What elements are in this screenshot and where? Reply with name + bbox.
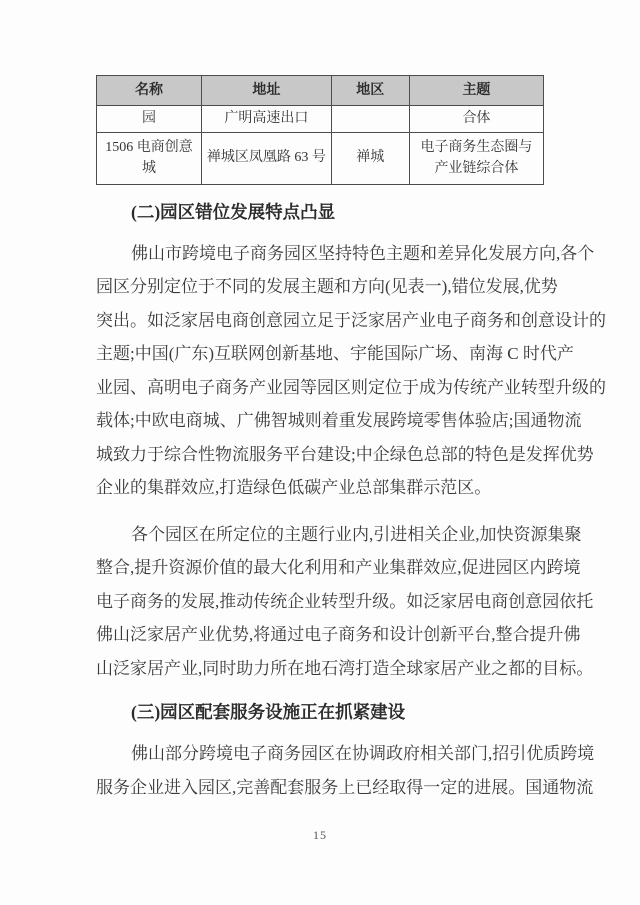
table-header-cell-name: 名称 xyxy=(97,76,202,106)
text-line: 载体;中欧电商城、广佛智城则着重发展跨境零售体验店;国通物流 xyxy=(96,404,544,438)
text-line: 企业的集群效应,打造绿色低碳产业总部集群示范区。 xyxy=(96,471,544,505)
table-cell: 电子商务生态圈与产业链综合体 xyxy=(409,132,543,184)
content-area: 名称 地址 地区 主题 园 广明高速出口 合体 1506 电商创意城 禅城区凤凰… xyxy=(96,0,544,843)
table-cell: 合体 xyxy=(409,106,543,133)
document-page: 名称 地址 地区 主题 园 广明高速出口 合体 1506 电商创意城 禅城区凤凰… xyxy=(0,0,640,905)
table-cell: 1506 电商创意城 xyxy=(97,132,202,184)
table-cell: 禅城 xyxy=(331,132,409,184)
text-line: 山泛家居产业,同时助力所在地石湾打造全球家居产业之都的目标。 xyxy=(96,652,544,686)
paragraph: 佛山部分跨境电子商务园区在协调政府相关部门,招引优质跨境 服务企业进入园区,完善… xyxy=(96,737,544,804)
table-header-cell-address: 地址 xyxy=(202,76,332,106)
text-line: 整合,提升资源价值的最大化利用和产业集群效应,促进园区内跨境 xyxy=(96,551,544,585)
table-header-cell-district: 地区 xyxy=(331,76,409,106)
paragraph: 佛山市跨境电子商务园区坚持特色主题和差异化发展方向,各个 园区分别定位于不同的发… xyxy=(96,237,544,505)
text-line: 各个园区在所定位的主题行业内,引进相关企业,加快资源集聚 xyxy=(96,518,544,552)
text-line: 园区分别定位于不同的发展主题和方向(见表一),错位发展,优势 xyxy=(96,270,544,304)
section-heading-2: (二)园区错位发展特点凸显 xyxy=(96,199,544,225)
text-line: 主题;中国(广东)互联网创新基地、宇能国际广场、南海 C 时代产 xyxy=(96,337,544,371)
text-line: 电子商务的发展,推动传统企业转型升级。如泛家居电商创意园依托 xyxy=(96,585,544,619)
text-line: 突出。如泛家居电商创意园立足于泛家居产业电子商务和创意设计的 xyxy=(96,304,544,338)
paragraph: 各个园区在所定位的主题行业内,引进相关企业,加快资源集聚 整合,提升资源价值的最… xyxy=(96,518,544,686)
parks-table: 名称 地址 地区 主题 园 广明高速出口 合体 1506 电商创意城 禅城区凤凰… xyxy=(96,75,544,185)
table-header-row: 名称 地址 地区 主题 xyxy=(97,76,544,106)
text-line: 业园、高明电子商务产业园等园区则定位于成为传统产业转型升级的 xyxy=(96,371,544,405)
text-line: 服务企业进入园区,完善配套服务上已经取得一定的进展。国通物流 xyxy=(96,771,544,805)
table-header-cell-theme: 主题 xyxy=(409,76,543,106)
table-cell: 广明高速出口 xyxy=(202,106,332,133)
page-number: 15 xyxy=(96,828,544,843)
text-line: 佛山市跨境电子商务园区坚持特色主题和差异化发展方向,各个 xyxy=(96,237,544,271)
table-row: 1506 电商创意城 禅城区凤凰路 63 号 禅城 电子商务生态圈与产业链综合体 xyxy=(97,132,544,184)
text-line: 佛山泛家居产业优势,将通过电子商务和设计创新平台,整合提升佛 xyxy=(96,618,544,652)
text-line: 城致力于综合性物流服务平台建设;中企绿色总部的特色是发挥优势 xyxy=(96,438,544,472)
table-cell: 禅城区凤凰路 63 号 xyxy=(202,132,332,184)
text-line: 佛山部分跨境电子商务园区在协调政府相关部门,招引优质跨境 xyxy=(96,737,544,771)
table-cell: 园 xyxy=(97,106,202,133)
table-cell xyxy=(331,106,409,133)
section-heading-3: (三)园区配套服务设施正在抓紧建设 xyxy=(96,699,544,725)
table-row: 园 广明高速出口 合体 xyxy=(97,106,544,133)
